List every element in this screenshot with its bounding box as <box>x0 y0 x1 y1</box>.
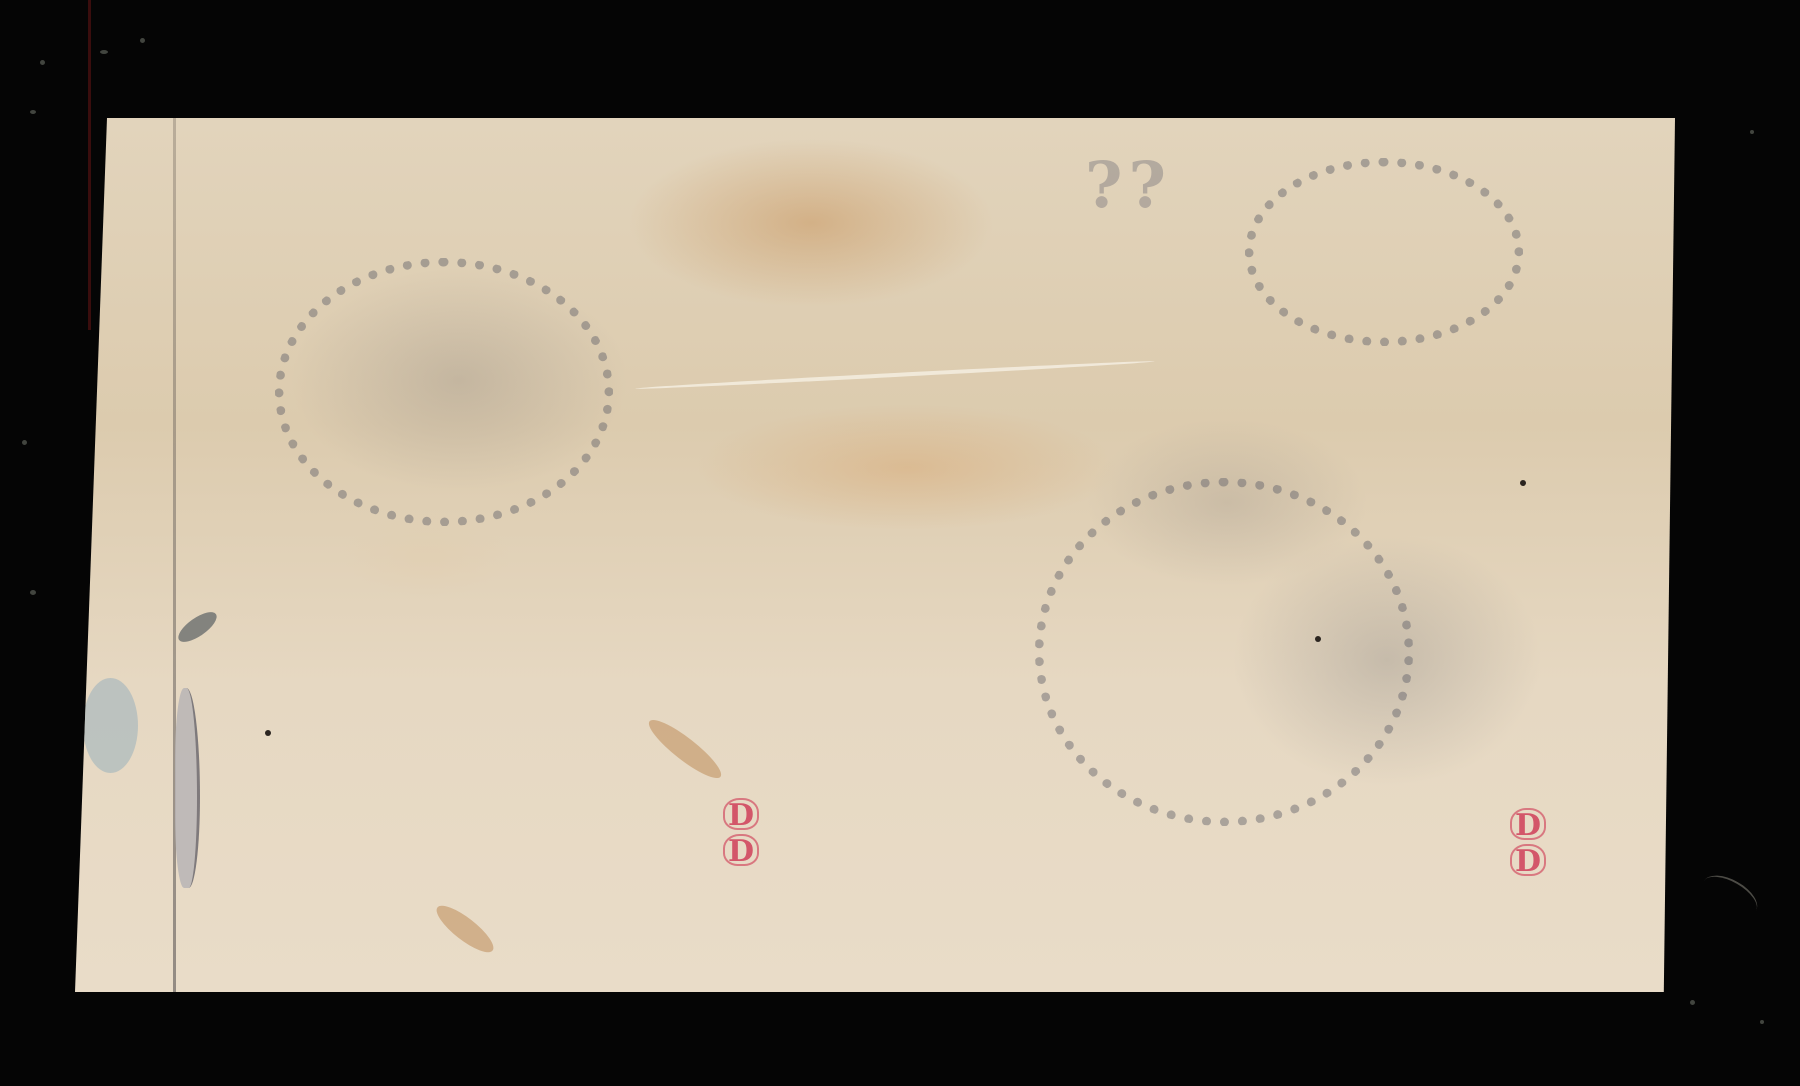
expertizer-mark: D D <box>723 798 759 866</box>
expertizer-glyph: D <box>1510 808 1546 840</box>
speck <box>1315 636 1321 642</box>
dust-speck <box>140 38 145 43</box>
fiber <box>1696 867 1764 925</box>
expertizer-glyph: D <box>723 798 759 830</box>
expertizer-glyph: D <box>1510 844 1546 876</box>
dust-speck <box>1690 1000 1695 1005</box>
dust-speck <box>22 440 27 445</box>
show-through-text: ?? <box>1085 148 1172 223</box>
show-through-cancel <box>1245 158 1523 346</box>
dust-speck <box>100 50 108 54</box>
speck <box>265 730 271 736</box>
blue-tint-spot <box>83 678 138 773</box>
dust-speck <box>30 590 36 595</box>
dust-speck <box>1750 130 1754 134</box>
show-through-cancel <box>275 258 613 526</box>
stamp-pair-back: ?? D D D D <box>75 118 1675 992</box>
mount-edge-line <box>88 0 91 330</box>
grey-streak <box>174 607 221 648</box>
dust-speck <box>30 110 36 114</box>
speck <box>1520 480 1526 486</box>
thin-spot <box>175 688 200 888</box>
expertizer-mark: D D <box>1510 808 1546 876</box>
dust-speck <box>40 60 45 65</box>
show-through-cancel <box>1035 478 1413 826</box>
expertizer-glyph: D <box>723 834 759 866</box>
brown-stain <box>431 899 500 959</box>
brown-stain <box>643 713 727 786</box>
dust-speck <box>1760 1020 1764 1024</box>
margin-line <box>173 118 176 992</box>
crease <box>635 359 1154 390</box>
